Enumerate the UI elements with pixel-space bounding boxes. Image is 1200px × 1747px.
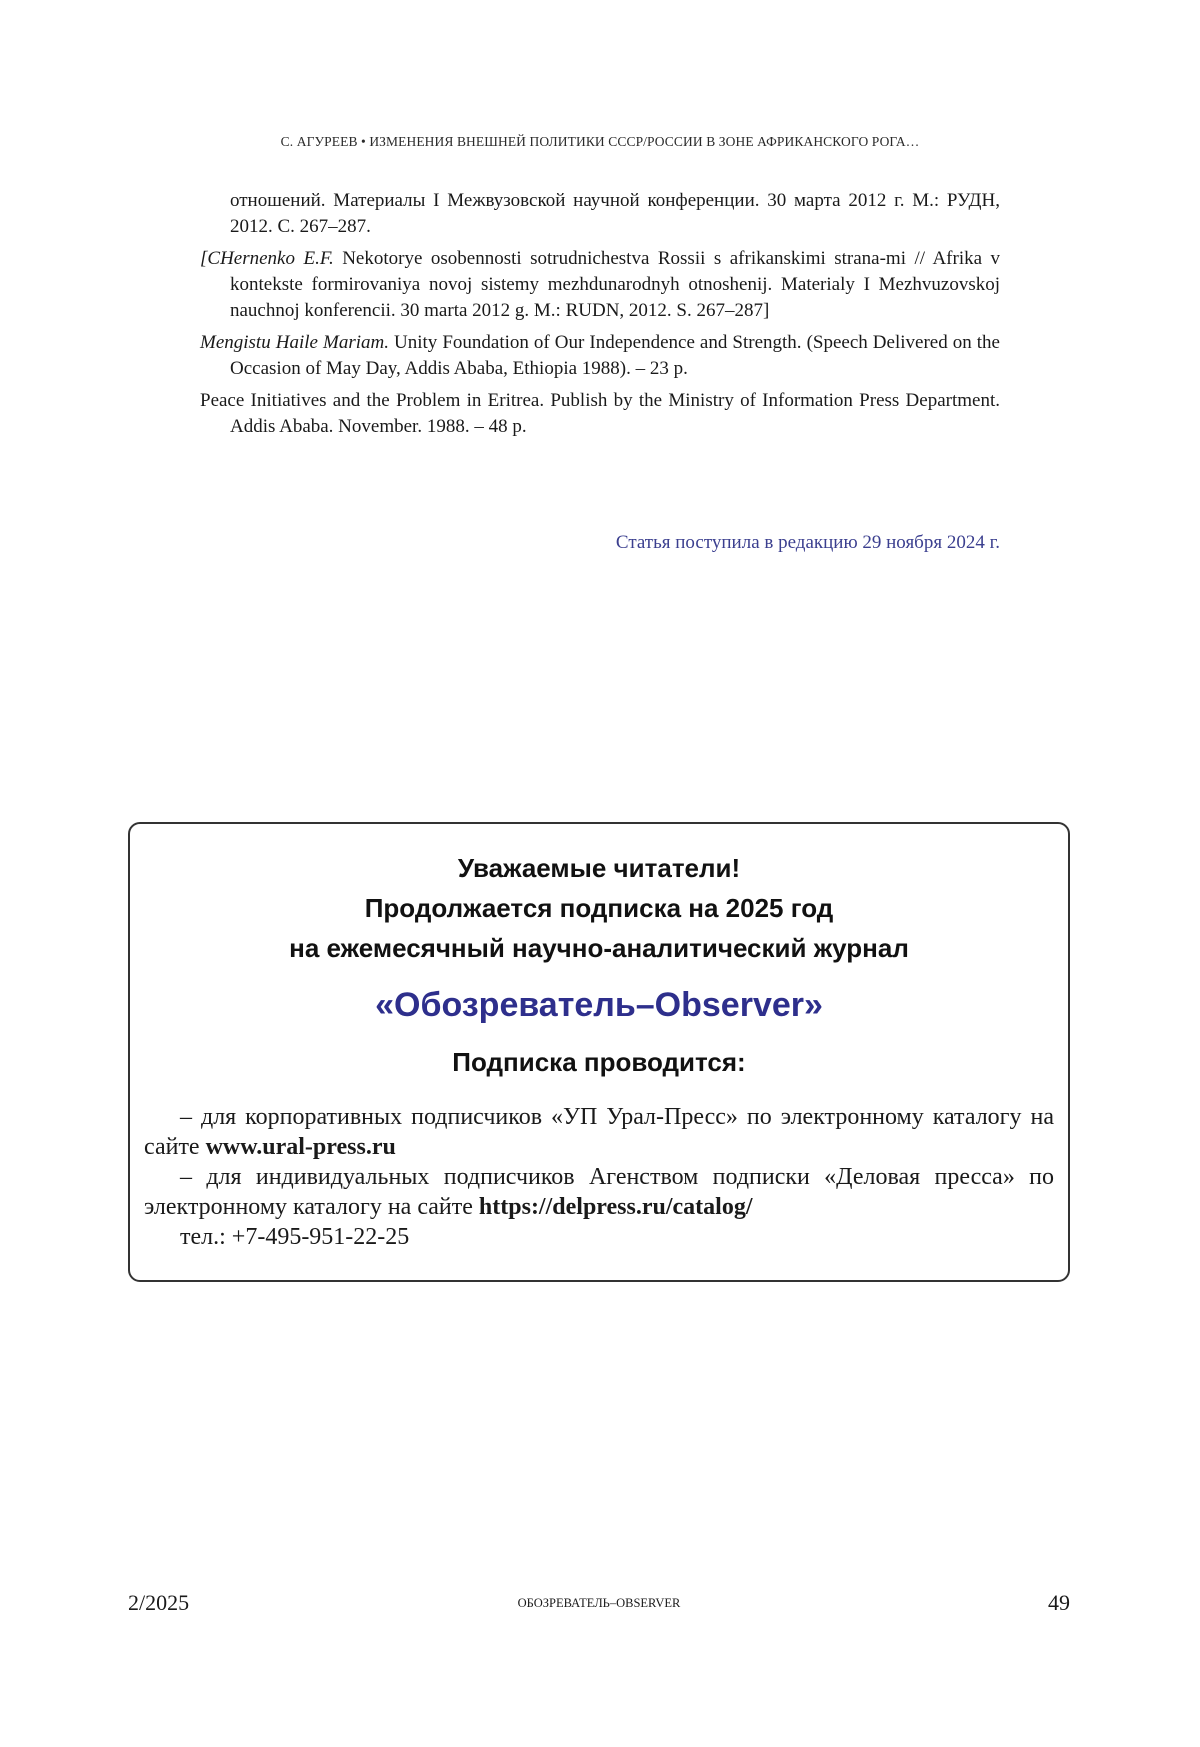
- running-header: С. АГУРЕЕВ • ИЗМЕНЕНИЯ ВНЕШНЕЙ ПОЛИТИКИ …: [0, 134, 1200, 150]
- delpress-link[interactable]: https://delpress.ru/catalog/: [479, 1194, 753, 1220]
- phone-number: тел.: +7-495-951-22-25: [144, 1222, 1054, 1252]
- subscription-box: Уважаемые читатели! Продолжается подписк…: [128, 822, 1070, 1282]
- reference-item: Peace Initiatives and the Problem in Eri…: [200, 388, 1000, 440]
- footer-journal-name: ОБОЗРЕВАТЕЛЬ–OBSERVER: [128, 1596, 1070, 1611]
- reference-text: Peace Initiatives and the Problem in Eri…: [200, 390, 1000, 437]
- promo-subheading: Подписка проводится:: [130, 1047, 1068, 1078]
- promo-body: – для корпоративных подписчиков «УП Урал…: [144, 1102, 1054, 1252]
- reference-item: Mengistu Haile Mariam. Unity Foundation …: [200, 330, 1000, 382]
- promo-subscription-line: Продолжается подписка на 2025 год: [130, 888, 1068, 928]
- reference-author: Mengistu Haile Mariam.: [200, 332, 389, 353]
- received-date-note: Статья поступила в редакцию 29 ноября 20…: [0, 532, 1000, 554]
- journal-title: «Обозреватель–Observer»: [130, 986, 1068, 1025]
- reference-continuation: отношений. Материалы I Межвузовской науч…: [200, 188, 1000, 240]
- individual-subscription: – для индивидуальных подписчиков Агенств…: [144, 1162, 1054, 1222]
- reference-item: [CHernenko E.F. Nekotorye osobennosti so…: [200, 246, 1000, 324]
- promo-greeting: Уважаемые читатели!: [130, 848, 1068, 888]
- promo-journal-line: на ежемесячный научно-аналитический журн…: [130, 928, 1068, 968]
- reference-author: [CHernenko E.F.: [200, 248, 334, 269]
- reference-text: Nekotorye osobennosti sotrudnichestva Ro…: [230, 248, 1000, 321]
- corporate-subscription: – для корпоративных подписчиков «УП Урал…: [144, 1102, 1054, 1162]
- ural-press-link[interactable]: www.ural-press.ru: [206, 1134, 396, 1160]
- reference-list: отношений. Материалы I Межвузовской науч…: [200, 188, 1000, 446]
- page-number: 49: [1048, 1590, 1070, 1616]
- page-footer: 2/2025 ОБОЗРЕВАТЕЛЬ–OBSERVER 49: [128, 1590, 1070, 1620]
